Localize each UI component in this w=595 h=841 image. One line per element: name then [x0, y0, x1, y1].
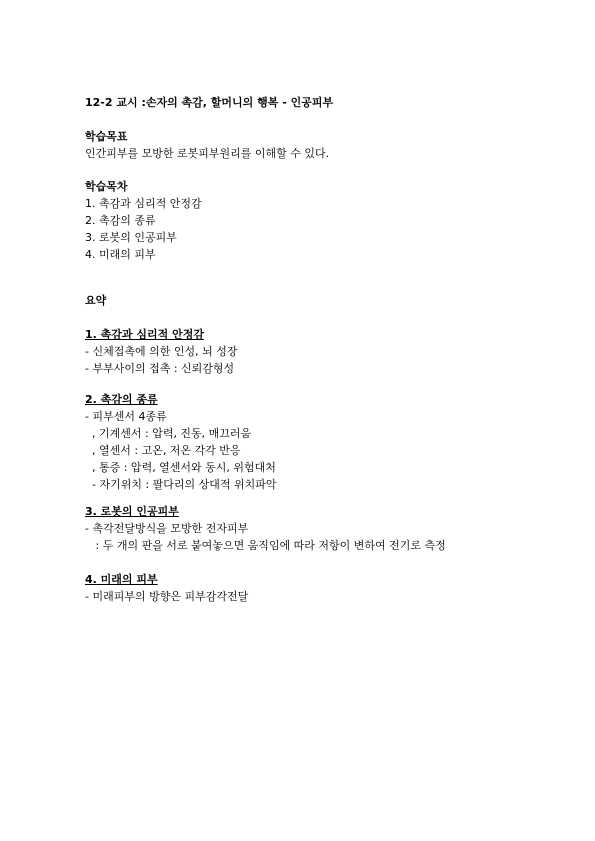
section-heading: 2. 촉감의 종류 [85, 391, 535, 408]
toc-item: 2. 촉감의 종류 [85, 212, 535, 229]
summary-heading: 요약 [85, 292, 535, 309]
goal-text: 인간피부를 모방한 로봇피부원리를 이해할 수 있다. [85, 145, 535, 162]
section-line: : 두 개의 판을 서로 붙여놓으면 움직임에 따라 저항이 변하여 전기로 측… [85, 537, 535, 554]
toc-list: 1. 촉감과 심리적 안정감 2. 촉감의 종류 3. 로봇의 인공피부 4. … [85, 195, 535, 263]
summary-section-1: 1. 촉감과 심리적 안정감 - 신체접촉에 의한 인성, 뇌 성장 - 부부사… [85, 326, 535, 377]
section-line: - 촉각전달방식을 모방한 전자피부 [85, 520, 535, 537]
goal-heading: 학습목표 [85, 128, 535, 145]
section-line: , 열센서 : 고온, 저온 각각 반응 [85, 442, 535, 459]
document-title: 12-2 교시 :손자의 촉감, 할머니의 행복 - 인공피부 [85, 94, 535, 111]
section-line: - 피부센서 4종류 [85, 408, 535, 425]
section-line: , 기계센서 : 압력, 진동, 매끄러움 [85, 425, 535, 442]
section-line: - 미래피부의 방향은 피부감각전달 [85, 588, 535, 605]
section-heading: 1. 촉감과 심리적 안정감 [85, 326, 535, 343]
section-line: , 통증 : 압력, 열센서와 동시, 위험대처 [85, 459, 535, 476]
toc-item: 4. 미래의 피부 [85, 246, 535, 263]
section-line: - 자기위치 : 팔다리의 상대적 위치파악 [85, 476, 535, 493]
toc-heading: 학습목차 [85, 178, 535, 195]
toc-item: 1. 촉감과 심리적 안정감 [85, 195, 535, 212]
summary-section-2: 2. 촉감의 종류 - 피부센서 4종류 , 기계센서 : 압력, 진동, 매끄… [85, 391, 535, 493]
section-line: - 부부사이의 접촉 : 신뢰감형성 [85, 360, 535, 377]
document-page: 12-2 교시 :손자의 촉감, 할머니의 행복 - 인공피부 학습목표 인간피… [0, 0, 595, 841]
toc-item: 3. 로봇의 인공피부 [85, 229, 535, 246]
summary-section-4: 4. 미래의 피부 - 미래피부의 방향은 피부감각전달 [85, 571, 535, 605]
summary-section-3: 3. 로봇의 인공피부 - 촉각전달방식을 모방한 전자피부 : 두 개의 판을… [85, 503, 535, 554]
section-heading: 4. 미래의 피부 [85, 571, 535, 588]
section-heading: 3. 로봇의 인공피부 [85, 503, 535, 520]
section-line: - 신체접촉에 의한 인성, 뇌 성장 [85, 343, 535, 360]
